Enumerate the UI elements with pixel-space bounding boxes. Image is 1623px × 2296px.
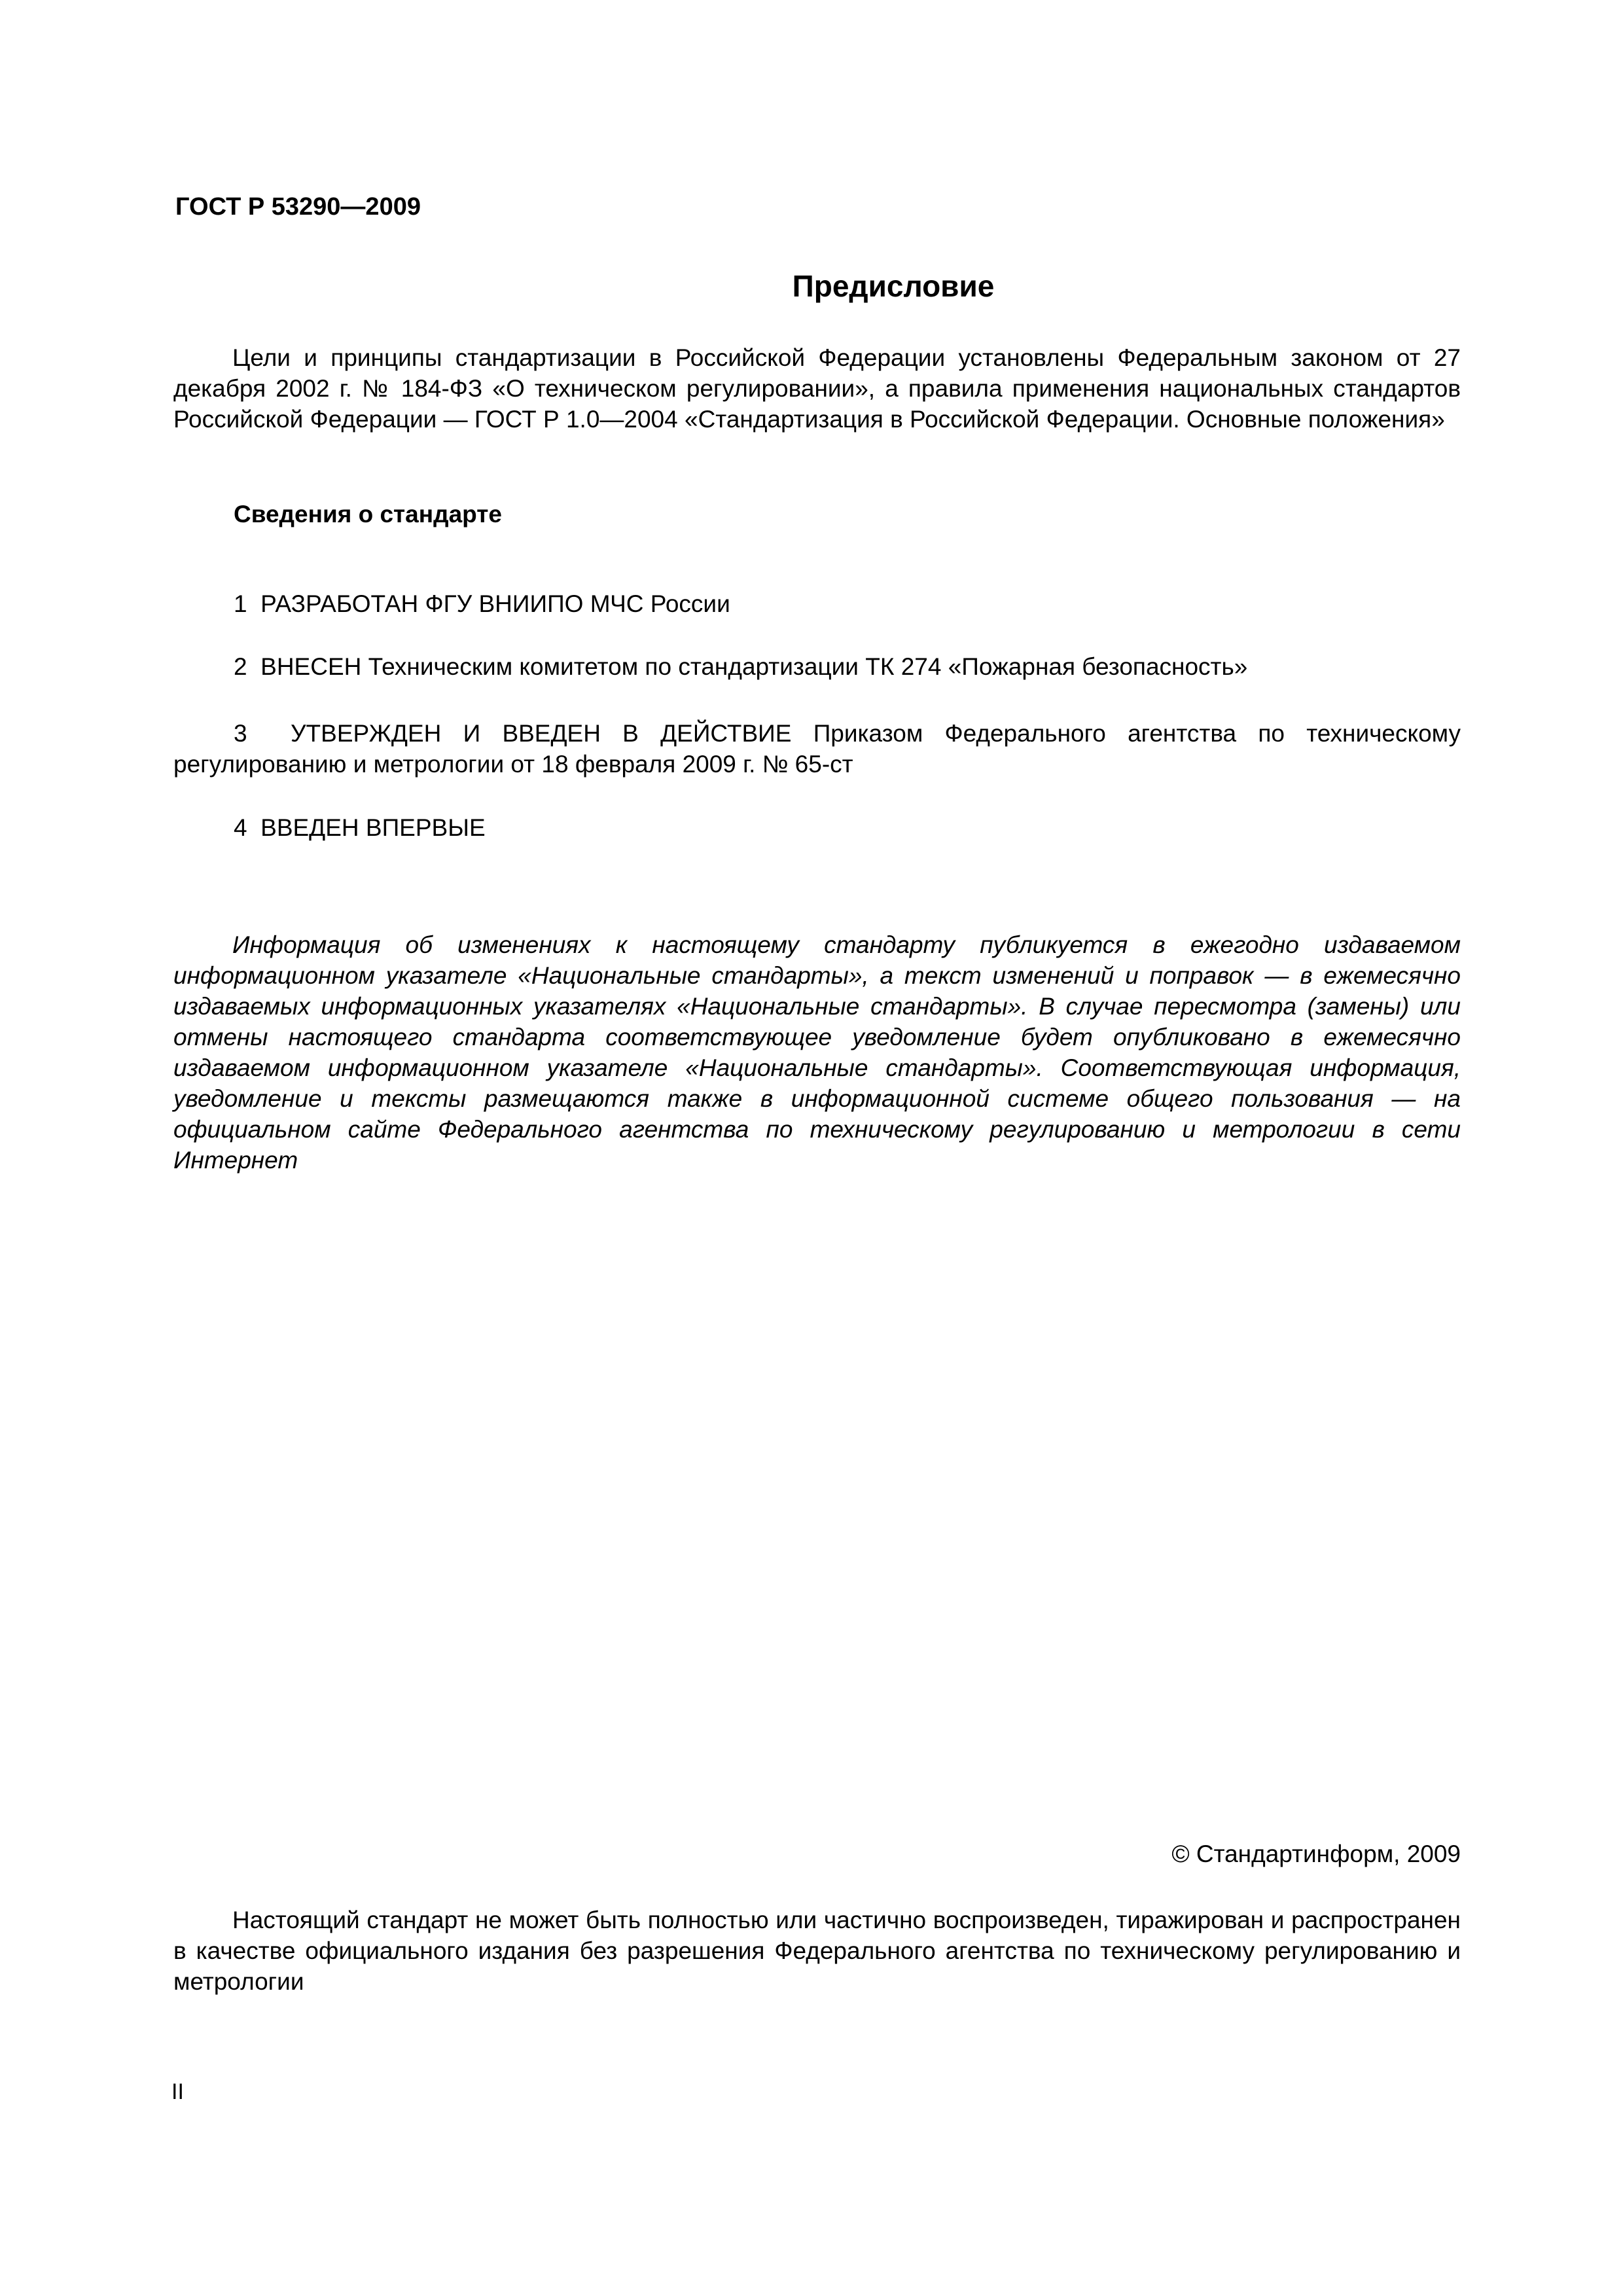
document-page: ГОСТ Р 53290—2009 Предисловие Цели и при…: [0, 0, 1623, 2296]
changes-info-notice: Информация об изменениях к настоящему ст…: [173, 929, 1461, 1175]
item-number: 2: [234, 653, 247, 680]
item-text: РАЗРАБОТАН ФГУ ВНИИПО МЧС России: [260, 590, 730, 617]
intro-paragraph: Цели и принципы стандартизации в Российс…: [173, 342, 1461, 435]
reproduction-notice: Настоящий стандарт не может быть полност…: [173, 1905, 1461, 1997]
info-item-1: 1 РАЗРАБОТАН ФГУ ВНИИПО МЧС России: [173, 588, 1461, 619]
standard-code-header: ГОСТ Р 53290—2009: [175, 193, 421, 221]
section-heading: Сведения о стандарте: [173, 501, 1521, 528]
info-item-4: 4 ВВЕДЕН ВПЕРВЫЕ: [173, 812, 1461, 843]
item-text: ВНЕСЕН Техническим комитетом по стандарт…: [260, 653, 1247, 680]
info-item-3: 3 УТВЕРЖДЕН И ВВЕДЕН В ДЕЙСТВИЕ Приказом…: [173, 718, 1461, 780]
copyright-line: © Стандартинформ, 2009: [1171, 1840, 1461, 1868]
page-number: II: [171, 2079, 184, 2105]
page-title: Предисловие: [0, 268, 1623, 304]
item-number: 4: [234, 814, 247, 841]
info-item-2: 2 ВНЕСЕН Техническим комитетом по станда…: [173, 651, 1461, 682]
item-text: ВВЕДЕН ВПЕРВЫЕ: [260, 814, 486, 841]
item-text: УТВЕРЖДЕН И ВВЕДЕН В ДЕЙСТВИЕ Приказом Ф…: [173, 720, 1461, 778]
item-number: 1: [234, 590, 247, 617]
item-number: 3: [234, 720, 247, 747]
